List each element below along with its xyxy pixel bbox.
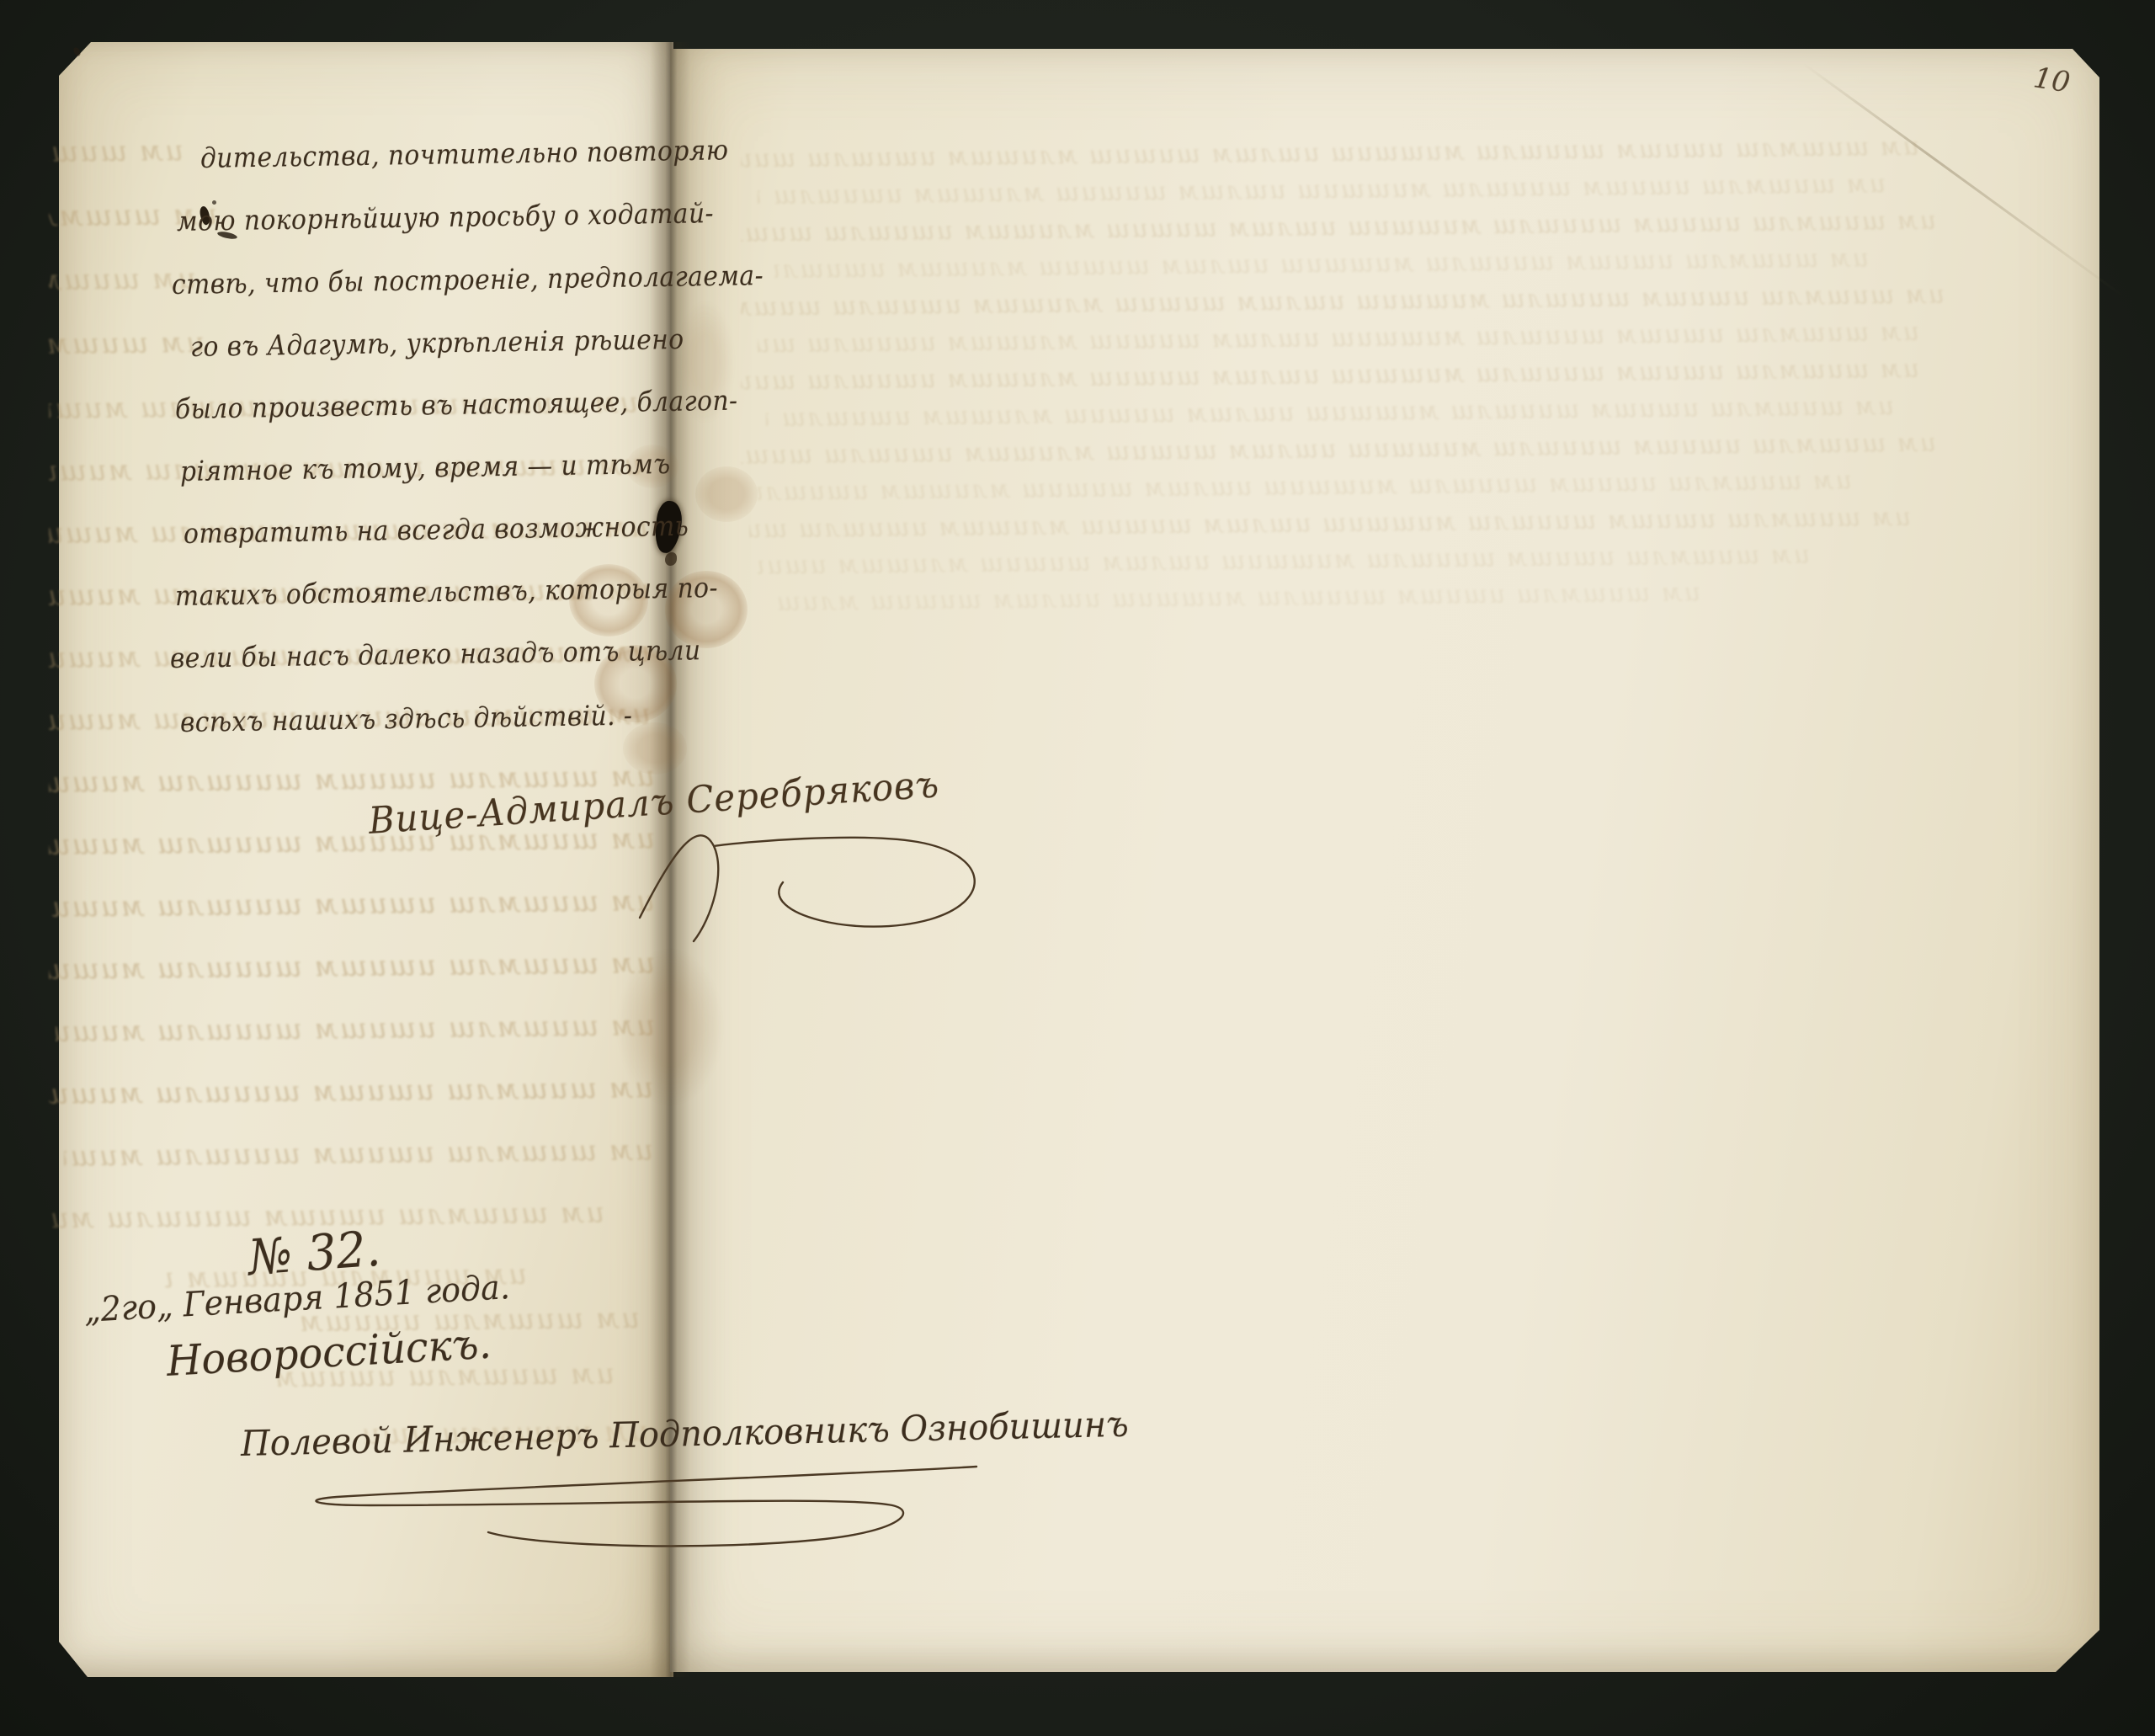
manuscript-ink-layer: дительства, почтительно повторяю мою пок… xyxy=(0,0,2155,1736)
countersignature-flourish xyxy=(0,0,2155,1736)
archival-photo-background: им шишмлш ишишм шиишлш мишшиш ишлшм шиши… xyxy=(0,0,2155,1736)
